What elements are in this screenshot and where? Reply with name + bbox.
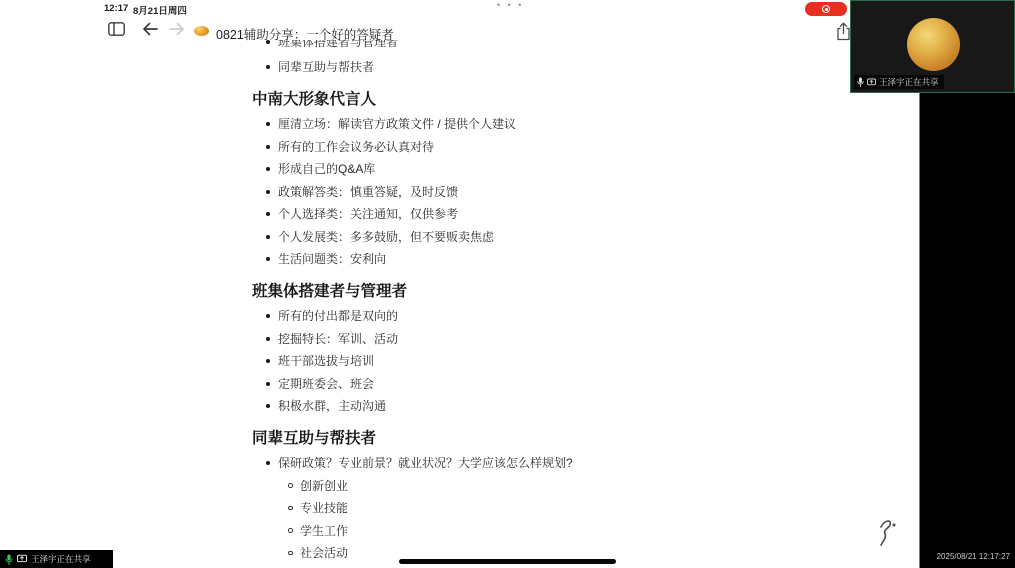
bullet-marker bbox=[288, 483, 293, 488]
bullet-marker bbox=[266, 337, 270, 341]
sidebar-toggle-icon[interactable] bbox=[108, 22, 125, 36]
doc-sub-bullet: 学生工作 bbox=[252, 525, 872, 537]
doc-text: 保研政策？专业前景？就业状况？大学应该怎么样规划? bbox=[278, 456, 573, 470]
doc-bullet: 个人发展类：多多鼓励，但不要贩卖焦虑 bbox=[252, 231, 872, 243]
custard-emoji bbox=[194, 26, 209, 36]
microphone-icon bbox=[5, 554, 13, 565]
doc-bullet: 所有的工作会议务必认真对待 bbox=[252, 141, 872, 153]
doc-text: 生活问题类：安利向 bbox=[278, 252, 386, 266]
doc-bullet: 所有的付出都是双向的 bbox=[252, 310, 872, 322]
bullet-marker bbox=[266, 65, 270, 69]
doc-heading: 班集体搭建者与管理者 bbox=[252, 284, 872, 300]
top-chrome: 12:17 8月21日周四 • • • bbox=[0, 0, 919, 40]
thumbnail-sharer-name: 王泽宇正在共享 bbox=[879, 76, 939, 88]
sharing-banner-text: 王泽宇正在共享 bbox=[31, 553, 91, 565]
doc-bullet: 定期班委会、班会 bbox=[252, 378, 872, 390]
doc-text: 中南大形象代言人 bbox=[252, 91, 376, 108]
screen-share-icon bbox=[867, 78, 876, 87]
doc-text: 政策解答类：慎重答疑，及时反馈 bbox=[278, 185, 458, 199]
bullet-marker bbox=[266, 122, 270, 126]
avatar bbox=[907, 18, 960, 71]
doc-bullet: 形成自己的Q&A库 bbox=[252, 163, 872, 175]
bullet-marker bbox=[266, 235, 270, 239]
forward-arrow-icon[interactable] bbox=[168, 21, 186, 37]
bullet-marker bbox=[266, 461, 270, 465]
status-time: 12:17 bbox=[104, 3, 128, 14]
bullet-marker bbox=[288, 528, 293, 533]
doc-bullet: 厘清立场：解读官方政策文件 / 提供个人建议 bbox=[252, 118, 872, 130]
doc-bullet: 挖掘特长：军训、活动 bbox=[252, 333, 872, 345]
doc-text: 专业技能 bbox=[300, 501, 348, 515]
doc-text: 同辈互助与帮扶者 bbox=[252, 430, 376, 447]
doc-bullet: 生活问题类：安利向 bbox=[252, 253, 872, 265]
bullet-marker bbox=[266, 145, 270, 149]
bullet-marker bbox=[266, 167, 270, 171]
doc-bullet: 个人选择类：关注通知，仅供参考 bbox=[252, 208, 872, 220]
doc-text: 定期班委会、班会 bbox=[278, 377, 374, 391]
bullet-marker bbox=[266, 404, 270, 408]
doc-text: 所有的付出都是双向的 bbox=[278, 309, 398, 323]
multitask-dots-icon[interactable]: • • • bbox=[497, 0, 524, 10]
doc-text: 形成自己的Q&A库 bbox=[278, 162, 375, 176]
doc-text: 同辈互助与帮扶者 bbox=[278, 60, 374, 74]
doc-text: 所有的工作会议务必认真对待 bbox=[278, 140, 434, 154]
doc-text: 班干部选拔与培训 bbox=[278, 354, 374, 368]
doc-bullet: 政策解答类：慎重答疑，及时反馈 bbox=[252, 186, 872, 198]
sharing-banner: 王泽宇正在共享 bbox=[0, 550, 113, 568]
bullet-marker bbox=[288, 506, 293, 511]
doc-text: 班集体搭建者与管理者 bbox=[252, 283, 407, 300]
doc-heading: 同辈互助与帮扶者 bbox=[252, 431, 872, 447]
participant-thumbnail[interactable]: 王泽宇正在共享 bbox=[850, 0, 1015, 93]
doc-text: 个人发展类：多多鼓励，但不要贩卖焦虑 bbox=[278, 230, 494, 244]
share-icon[interactable] bbox=[836, 22, 851, 41]
document-title[interactable]: 0821辅助分享：一个好的答疑者 bbox=[216, 25, 394, 43]
bullet-marker bbox=[266, 190, 270, 194]
doc-text: 个人选择类：关注通知，仅供参考 bbox=[278, 207, 458, 221]
record-icon bbox=[822, 5, 830, 13]
doc-bullet: 保研政策？专业前景？就业状况？大学应该怎么样规划? bbox=[252, 457, 872, 469]
meeting-stage: 班集体搭建者与管理者同辈互助与帮扶者中南大形象代言人厘清立场：解读官方政策文件 … bbox=[0, 0, 1015, 568]
bullet-marker bbox=[266, 257, 270, 261]
doc-text: 积极水群，主动沟通 bbox=[278, 399, 386, 413]
bullet-marker bbox=[266, 314, 270, 318]
recording-timestamp: 2025/08/21 12:17:27 bbox=[937, 552, 1010, 561]
doc-text: 社会活动 bbox=[300, 546, 348, 560]
doc-bullet: 班干部选拔与培训 bbox=[252, 355, 872, 367]
doc-heading: 中南大形象代言人 bbox=[252, 92, 872, 108]
bullet-marker bbox=[266, 359, 270, 363]
microphone-icon bbox=[857, 77, 864, 87]
shared-screen: 班集体搭建者与管理者同辈互助与帮扶者中南大形象代言人厘清立场：解读官方政策文件 … bbox=[0, 0, 920, 568]
doc-sub-bullet: 社会活动 bbox=[252, 547, 872, 559]
doc-text: 学生工作 bbox=[300, 524, 348, 538]
doc-bullet: 同辈互助与帮扶者 bbox=[252, 61, 872, 73]
document-content: 班集体搭建者与管理者同辈互助与帮扶者中南大形象代言人厘清立场：解读官方政策文件 … bbox=[252, 36, 872, 568]
home-indicator[interactable] bbox=[399, 559, 616, 564]
status-date: 8月21日周四 bbox=[133, 3, 187, 17]
screen-recording-badge[interactable] bbox=[805, 2, 847, 16]
doc-sub-bullet: 专业技能 bbox=[252, 502, 872, 514]
doc-text: 挖掘特长：军训、活动 bbox=[278, 332, 398, 346]
screen-share-icon bbox=[17, 554, 27, 564]
back-arrow-icon[interactable] bbox=[141, 21, 159, 37]
scribble-cursor-icon bbox=[877, 517, 899, 549]
bullet-marker bbox=[266, 212, 270, 216]
doc-text: 厘清立场：解读官方政策文件 / 提供个人建议 bbox=[278, 117, 516, 131]
doc-bullet: 积极水群，主动沟通 bbox=[252, 400, 872, 412]
doc-sub-bullet: 创新创业 bbox=[252, 480, 872, 492]
bullet-marker bbox=[266, 382, 270, 386]
thumbnail-name-label: 王泽宇正在共享 bbox=[854, 75, 944, 89]
bullet-marker bbox=[288, 551, 293, 556]
doc-text: 创新创业 bbox=[300, 479, 348, 493]
